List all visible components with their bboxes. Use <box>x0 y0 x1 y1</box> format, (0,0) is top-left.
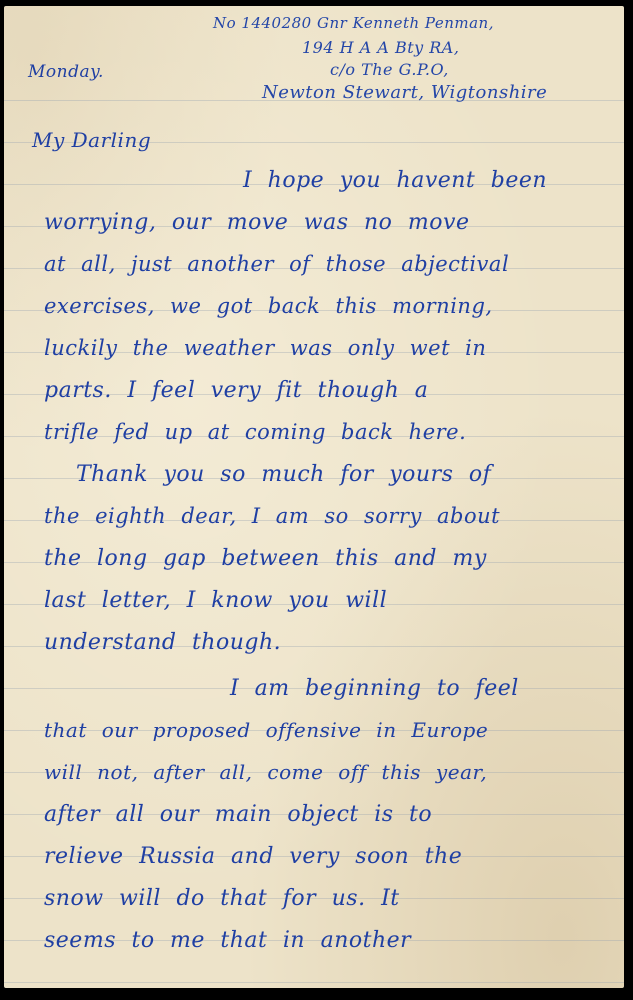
salutation: My Darling <box>32 128 151 152</box>
ruled-line <box>4 982 624 983</box>
letter-page <box>4 6 624 988</box>
address-line-3: c/o The G.P.O, <box>330 60 449 79</box>
letter-line: the long gap between this and my <box>44 546 487 571</box>
address-line-1: No 1440280 Gnr Kenneth Penman, <box>213 14 494 32</box>
letter-date-day: Monday. <box>28 62 104 82</box>
letter-line: will not, after all, come off this year, <box>44 760 487 784</box>
letter-line: parts. I feel very fit though a <box>44 378 428 403</box>
letter-line: I am beginning to feel <box>230 676 519 701</box>
letter-line: after all our main object is to <box>44 802 432 827</box>
letter-line: exercises, we got back this morning, <box>44 294 493 318</box>
letter-line: relieve Russia and very soon the <box>44 844 462 869</box>
letter-line: understand though. <box>44 630 281 655</box>
letter-line: Thank you so much for yours of <box>76 462 491 487</box>
letter-line: last letter, I know you will <box>44 588 387 613</box>
letter-line: luckily the weather was only wet in <box>44 336 486 360</box>
letter-line: that our proposed offensive in Europe <box>44 718 488 742</box>
letter-line: worrying, our move was no move <box>44 210 469 235</box>
letter-line: I hope you havent been <box>243 168 547 193</box>
letter-line: snow will do that for us. It <box>44 886 400 911</box>
letter-line: at all, just another of those abjectival <box>44 252 509 276</box>
letter-line: trifle fed up at coming back here. <box>44 420 466 444</box>
letter-line: seems to me that in another <box>44 928 411 953</box>
address-line-4: Newton Stewart, Wigtonshire <box>262 82 547 103</box>
letter-line: the eighth dear, I am so sorry about <box>44 504 500 528</box>
address-line-2: 194 H A A Bty RA, <box>302 38 459 57</box>
